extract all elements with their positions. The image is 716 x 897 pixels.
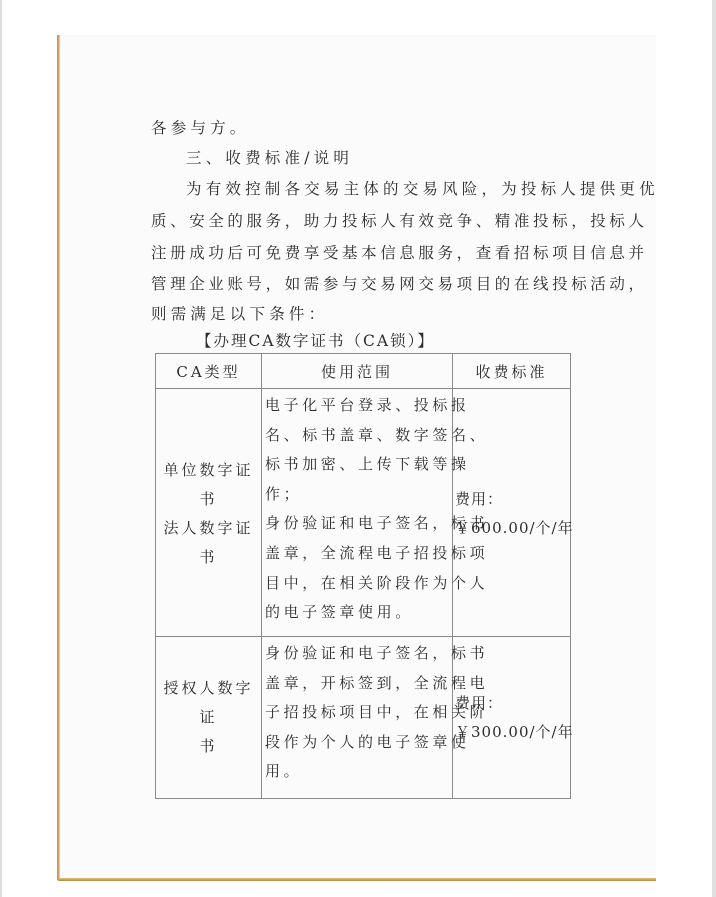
scope-cell: 电子化平台登录、投标报 名、标书盖章、数字签名、 标书加密、上传下载等操 作； … [262, 389, 453, 637]
table-row: 单位数字证书 法人数字证书 电子化平台登录、投标报 名、标书盖章、数字签名、 标… [156, 389, 571, 637]
scope-line: 子招投标项目中，在相关阶 [265, 698, 452, 728]
ca-type-line: 单位数字证书 [156, 456, 261, 514]
fee-label: 费用： [455, 485, 570, 514]
table-header-row: CA类型 使用范围 收费标准 [156, 354, 571, 389]
scope-line: 作； [265, 480, 452, 510]
scope-line: 盖章，开标签到，全流程电 [265, 669, 452, 699]
scope-line: 电子化平台登录、投标报 [265, 391, 452, 421]
ca-type-line: 书 [156, 732, 261, 761]
scope-line: 盖章，全流程电子招投标项 [265, 539, 452, 569]
paragraph-line: 注册成功后可免费享受基本信息服务，查看招标项目信息并 [151, 241, 648, 263]
scope-line: 用。 [265, 757, 452, 787]
ca-type-cell: 授权人数字证 书 [156, 637, 262, 799]
scope-line: 名、标书盖章、数字签名、 [265, 421, 452, 451]
header-fee: 收费标准 [453, 354, 571, 389]
paper-edge-left [57, 35, 60, 880]
scope-cell: 身份验证和电子签名，标书 盖章，开标签到，全流程电 子招投标项目中，在相关阶 段… [262, 637, 453, 799]
scope-line: 段作为个人的电子签章使 [265, 728, 452, 758]
fee-label: 费用： [455, 689, 570, 718]
scan-background-right [712, 0, 716, 897]
header-ca-type: CA类型 [156, 354, 262, 389]
paragraph-line: 质、安全的服务，助力投标人有效竞争、精准投标，投标人 [151, 209, 648, 231]
ca-type-line: 授权人数字证 [156, 674, 261, 732]
ca-fee-table: CA类型 使用范围 收费标准 单位数字证书 法人数字证书 电子化平台登录、投标报… [155, 353, 571, 799]
fee-value: ￥300.00/个/年 [455, 718, 570, 747]
paragraph-line: 为有效控制各交易主体的交易风险，为投标人提供更优 [186, 177, 659, 199]
scope-line: 身份验证和电子签名，标书 [265, 509, 452, 539]
continuation-line: 各参与方。 [151, 116, 250, 138]
table-row: 授权人数字证 书 身份验证和电子签名，标书 盖章，开标签到，全流程电 子招投标项… [156, 637, 571, 799]
subsection-title: 【办理CA数字证书（CA锁）】 [196, 329, 435, 351]
fee-value: ￥600.00/个/年 [455, 514, 570, 543]
scope-line: 的电子签章使用。 [265, 598, 452, 628]
scope-line: 标书加密、上传下载等操 [265, 450, 452, 480]
section-heading: 三、收费标准/说明 [186, 146, 353, 168]
header-scope: 使用范围 [262, 354, 453, 389]
scope-line: 目中，在相关阶段作为个人 [265, 569, 452, 599]
scope-line: 身份验证和电子签名，标书 [265, 639, 452, 669]
paragraph-line: 管理企业账号，如需参与交易网交易项目的在线投标活动， [151, 272, 648, 294]
ca-type-line: 法人数字证书 [156, 514, 261, 572]
paper-edge-bottom [58, 878, 656, 881]
paragraph-line: 则需满足以下条件： [151, 302, 328, 324]
scan-background-left [0, 0, 2, 897]
ca-type-cell: 单位数字证书 法人数字证书 [156, 389, 262, 637]
